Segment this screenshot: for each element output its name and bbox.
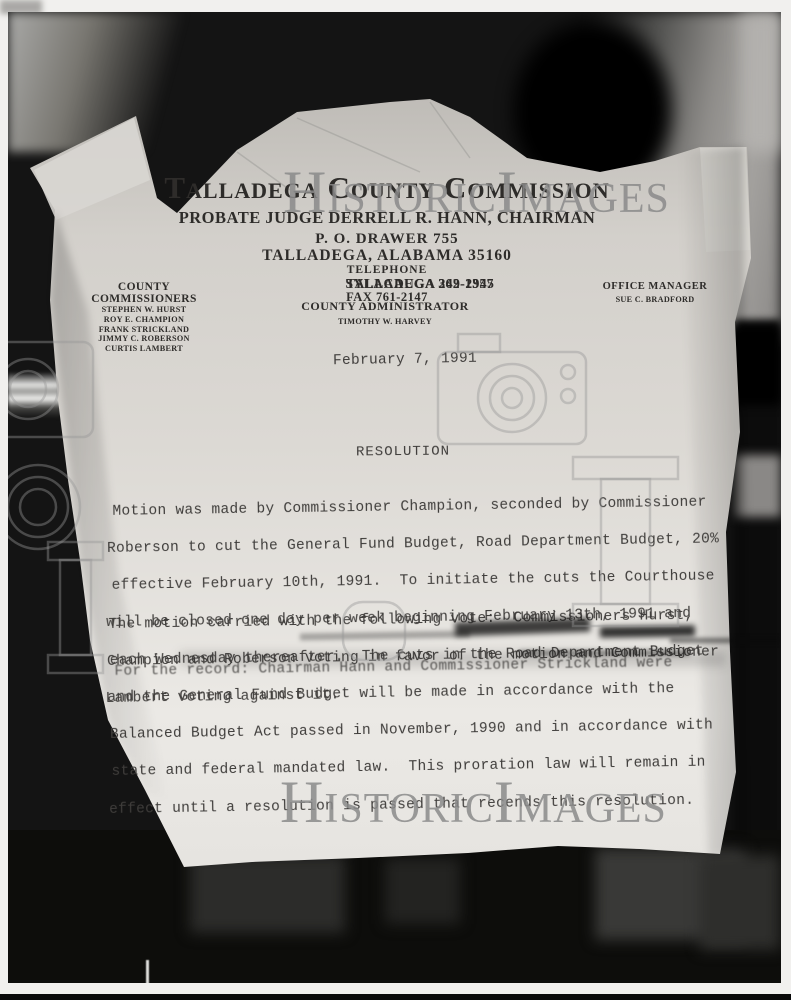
camera-watermark-icon (438, 334, 586, 444)
pillar-watermark-icon (573, 457, 678, 626)
bottom-border-strip (0, 994, 791, 1000)
photo-frame: Talladega County Commission PROBATE JUDG… (0, 0, 791, 1000)
historicimages-watermark: HistoricImages (280, 768, 667, 837)
camera-watermark-icon (8, 342, 93, 437)
pillar-watermark-icon (48, 542, 103, 673)
historicimages-watermark: HistoricImages (283, 158, 670, 227)
spiral-watermark-icon (8, 465, 80, 549)
photo-area: Talladega County Commission PROBATE JUDG… (8, 12, 781, 983)
spiral-watermark-icon (343, 602, 405, 660)
